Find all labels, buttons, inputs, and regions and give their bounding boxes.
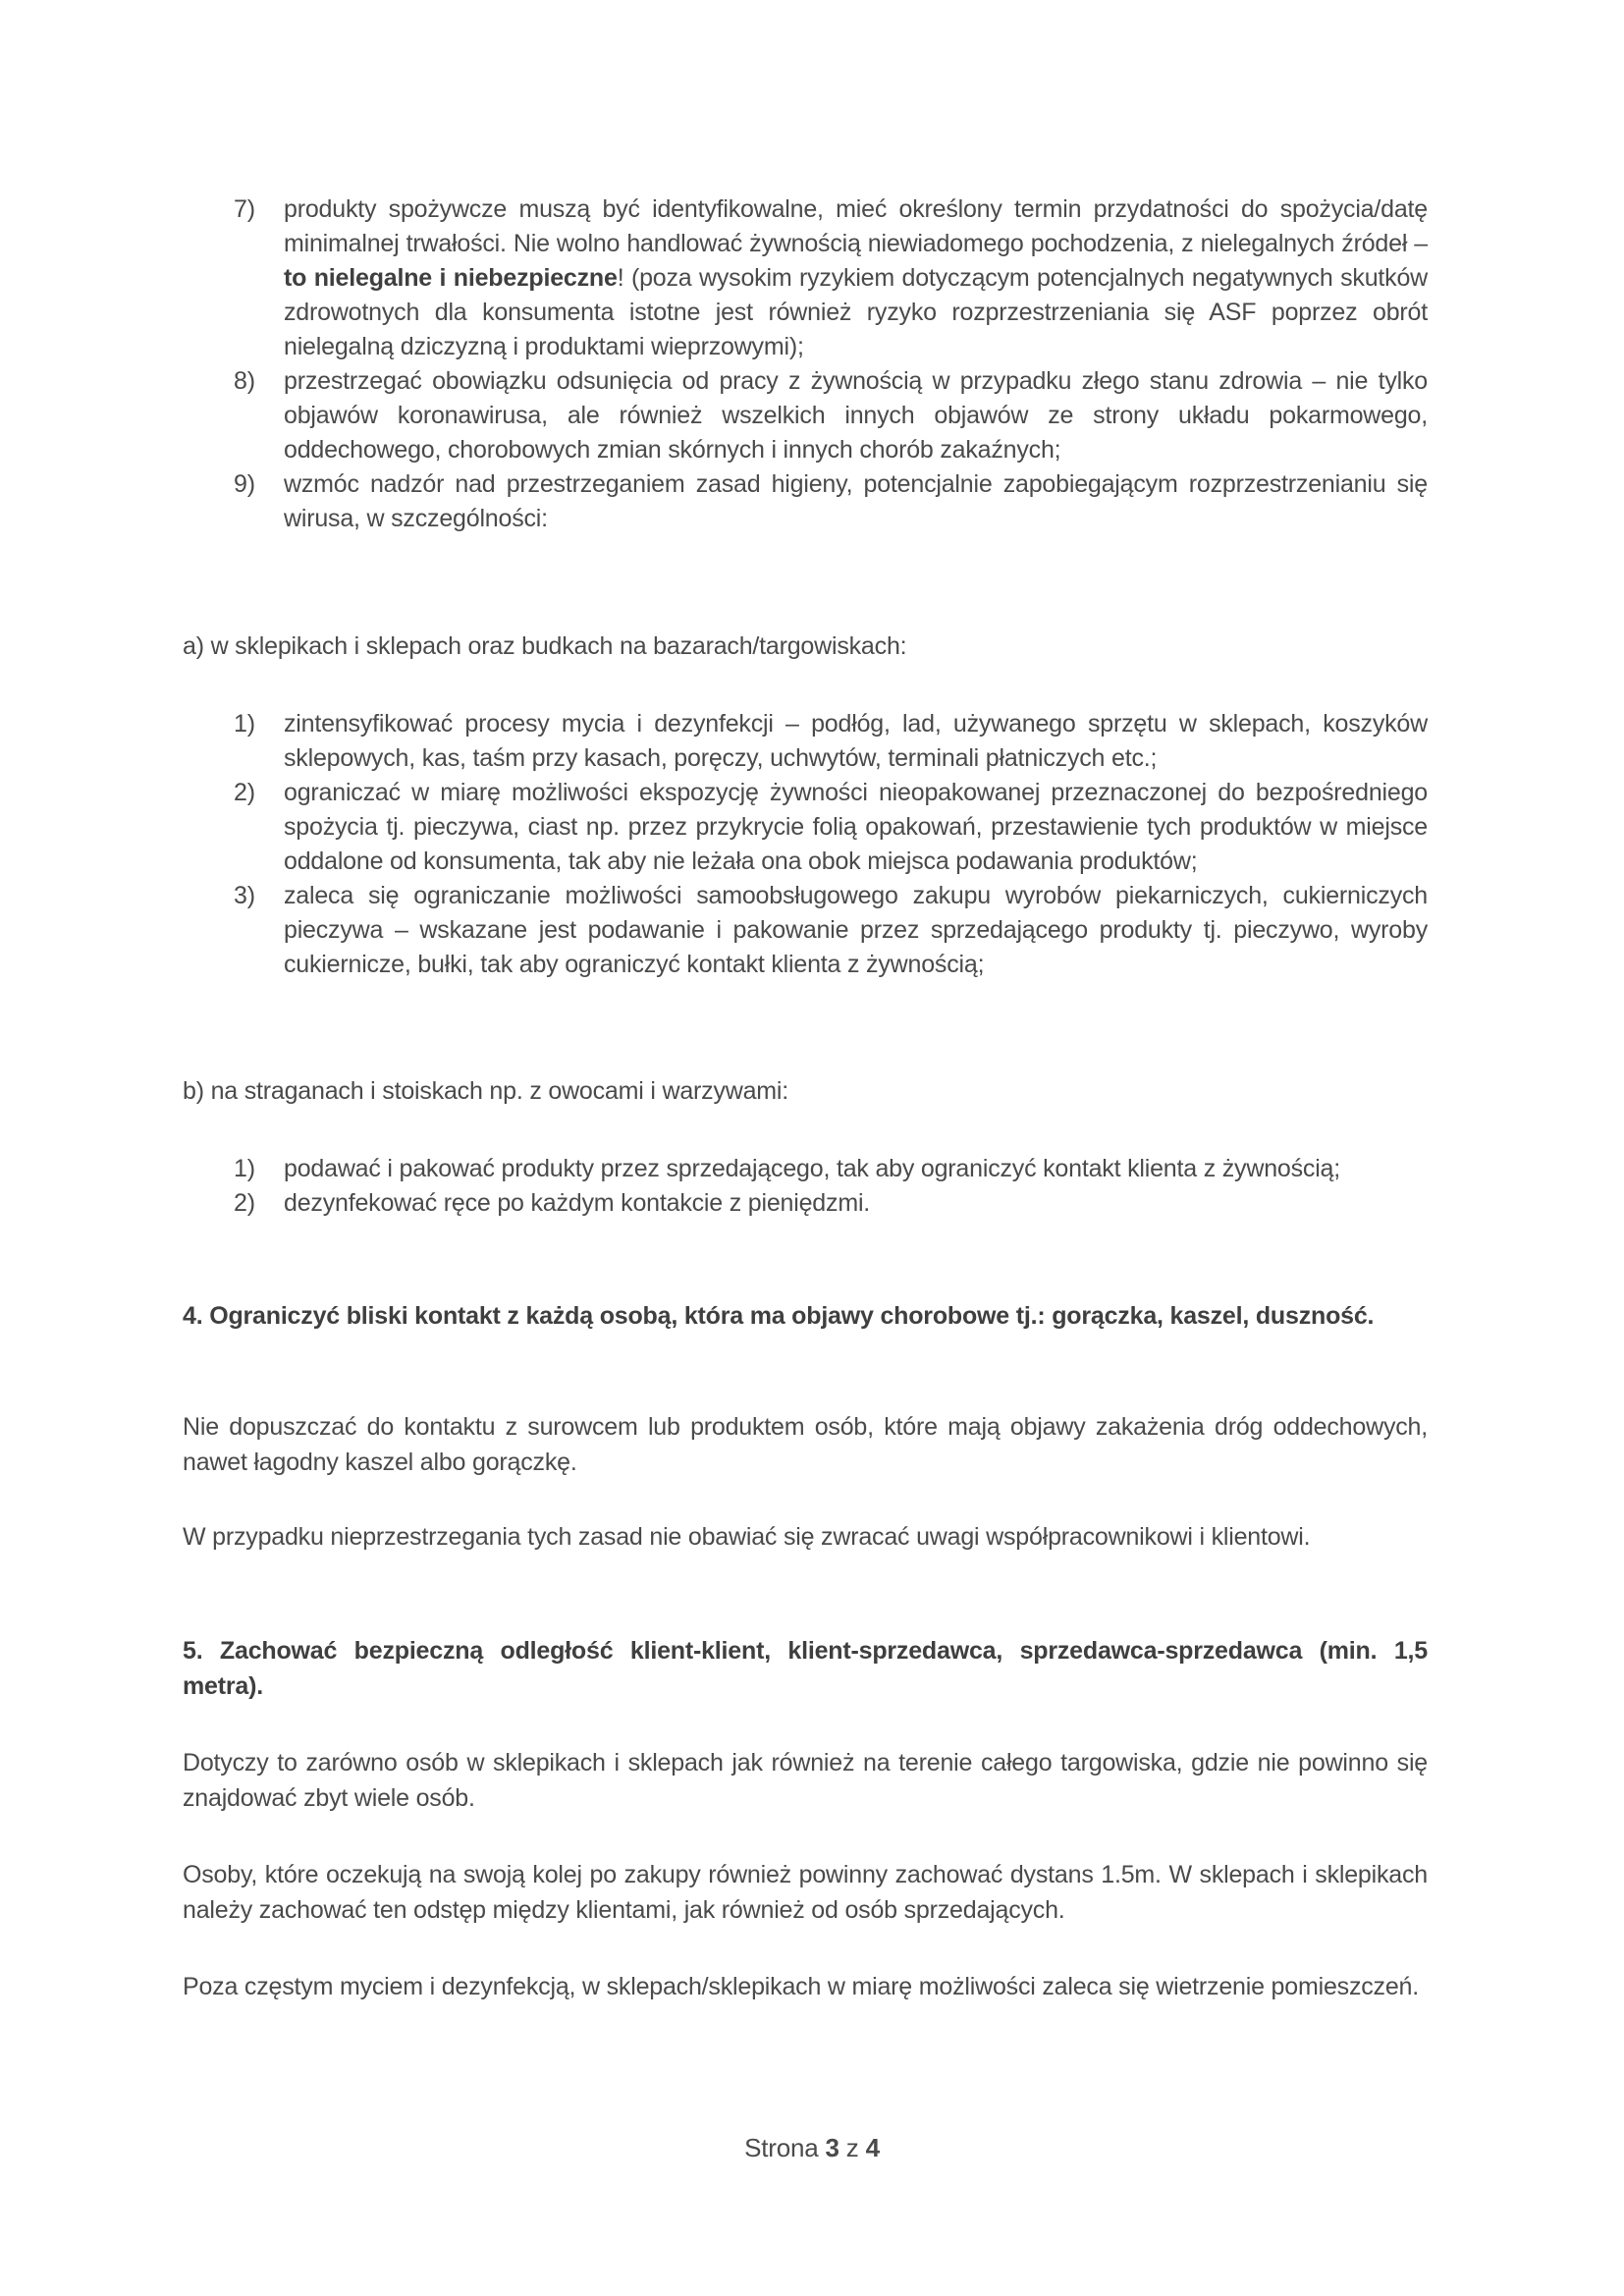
list-item-8: 8) przestrzegać obowiązku odsunięcia od … [183, 364, 1428, 467]
paragraph: W przypadku nieprzestrzegania tych zasad… [183, 1519, 1428, 1555]
section-b: b) na straganach i stoiskach np. z owoca… [183, 1074, 1428, 1109]
list-number: 8) [234, 364, 255, 399]
list-item: 1) zintensyfikować procesy mycia i dezyn… [183, 707, 1428, 776]
section-4: 4. Ograniczyć bliski kontakt z każdą oso… [183, 1298, 1428, 1334]
list-item-9: 9) wzmóc nadzór nad przestrzeganiem zasa… [183, 467, 1428, 536]
list-item: 2) ograniczać w miarę możliwości ekspozy… [183, 776, 1428, 879]
list-text-bold: to nielegalne i niebezpieczne [284, 264, 618, 292]
paragraph: Poza częstym myciem i dezynfekcją, w skl… [183, 1969, 1428, 2004]
list-number: 9) [234, 467, 255, 502]
list-number: 3) [234, 879, 255, 913]
list-number: 1) [234, 707, 255, 741]
list-text: zintensyfikować procesy mycia i dezynfek… [284, 710, 1428, 772]
section-4-paragraph-1: Nie dopuszczać do kontaktu z surowcem lu… [183, 1409, 1428, 1480]
list-text: produkty spożywcze muszą być identyfikow… [284, 195, 1428, 257]
footer-separator: z [839, 2133, 866, 2162]
list-number: 1) [234, 1152, 255, 1186]
list-number: 2) [234, 1186, 255, 1221]
section-5-paragraph-2: Osoby, które oczekują na swoją kolej po … [183, 1857, 1428, 1928]
section-heading: 4. Ograniczyć bliski kontakt z każdą oso… [183, 1298, 1428, 1334]
document-page: 7) produkty spożywcze muszą być identyfi… [0, 0, 1624, 2296]
section-5-paragraph-1: Dotyczy to zarówno osób w sklepikach i s… [183, 1745, 1428, 1816]
list-item: 3) zaleca się ograniczanie możliwości sa… [183, 879, 1428, 982]
total-pages-number: 4 [866, 2133, 880, 2162]
list-text: przestrzegać obowiązku odsunięcia od pra… [284, 367, 1428, 464]
section-5: 5. Zachować bezpieczną odległość klient-… [183, 1633, 1428, 1704]
list-number: 7) [234, 192, 255, 227]
paragraph: Osoby, które oczekują na swoją kolej po … [183, 1857, 1428, 1928]
paragraph: Nie dopuszczać do kontaktu z surowcem lu… [183, 1409, 1428, 1480]
section-4-paragraph-2: W przypadku nieprzestrzegania tych zasad… [183, 1519, 1428, 1555]
intro-list: 7) produkty spożywcze muszą być identyfi… [183, 192, 1428, 536]
current-page-number: 3 [826, 2133, 839, 2162]
list-item: 2) dezynfekować ręce po każdym kontakcie… [183, 1186, 1428, 1221]
list-text: wzmóc nadzór nad przestrzeganiem zasad h… [284, 470, 1428, 532]
list-item: 1) podawać i pakować produkty przez sprz… [183, 1152, 1428, 1186]
list-number: 2) [234, 776, 255, 810]
list-text: dezynfekować ręce po każdym kontakcie z … [284, 1189, 870, 1217]
section-b-label: b) na straganach i stoiskach np. z owoca… [183, 1074, 1428, 1109]
section-a-list: 1) zintensyfikować procesy mycia i dezyn… [183, 707, 1428, 982]
section-heading: 5. Zachować bezpieczną odległość klient-… [183, 1633, 1428, 1704]
page-footer: Strona 3 z 4 [0, 2131, 1624, 2164]
section-5-paragraph-3: Poza częstym myciem i dezynfekcją, w skl… [183, 1969, 1428, 2004]
list-text: zaleca się ograniczanie możliwości samoo… [284, 882, 1428, 978]
list-item-7: 7) produkty spożywcze muszą być identyfi… [183, 192, 1428, 364]
list-text: podawać i pakować produkty przez sprzeda… [284, 1155, 1340, 1182]
section-b-list: 1) podawać i pakować produkty przez sprz… [183, 1152, 1428, 1221]
section-a-label: a) w sklepikach i sklepach oraz budkach … [183, 629, 1428, 664]
list-text: ograniczać w miarę możliwości ekspozycję… [284, 779, 1428, 875]
section-a: a) w sklepikach i sklepach oraz budkach … [183, 629, 1428, 664]
paragraph: Dotyczy to zarówno osób w sklepikach i s… [183, 1745, 1428, 1816]
footer-prefix: Strona [744, 2133, 825, 2162]
